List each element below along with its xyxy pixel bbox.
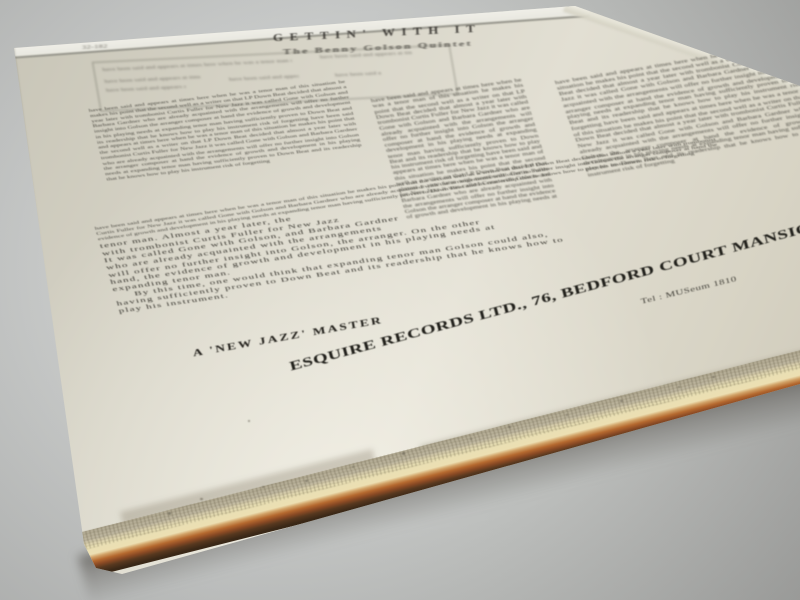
illegible-text-line: have been said and appears at times here… (229, 74, 300, 82)
illegible-text-line: have been said and appears at times here… (319, 50, 412, 59)
dirt-speck (566, 414, 568, 416)
dirt-speck (200, 498, 203, 500)
dirt-speck (262, 486, 264, 488)
catalog-number: 32-182 (82, 43, 108, 51)
illegible-text-line: have been said and appears at times here… (102, 58, 293, 72)
illegible-text-line: have been said and appears at times here… (335, 71, 382, 78)
dirt-speck (508, 426, 511, 428)
dirt-speck (248, 420, 250, 422)
dirt-speck (352, 466, 354, 468)
dirt-speck (678, 386, 680, 388)
dirt-speck (305, 480, 308, 482)
photo-background: 32-182 GETTIN' WITH IT The Benny Golson … (0, 0, 800, 600)
dirt-speck (168, 512, 171, 515)
sleeve-left-edge (12, 46, 84, 572)
sleeve-bottom-worn-edge (74, 335, 800, 579)
dirt-speck (470, 438, 472, 440)
illegible-text-line: have been said and appears at times here… (104, 75, 201, 84)
dirt-speck (402, 452, 405, 455)
dirt-speck (712, 376, 715, 378)
illegible-text-line: have been said and appears at times here… (106, 84, 187, 92)
dirt-speck (620, 400, 623, 402)
